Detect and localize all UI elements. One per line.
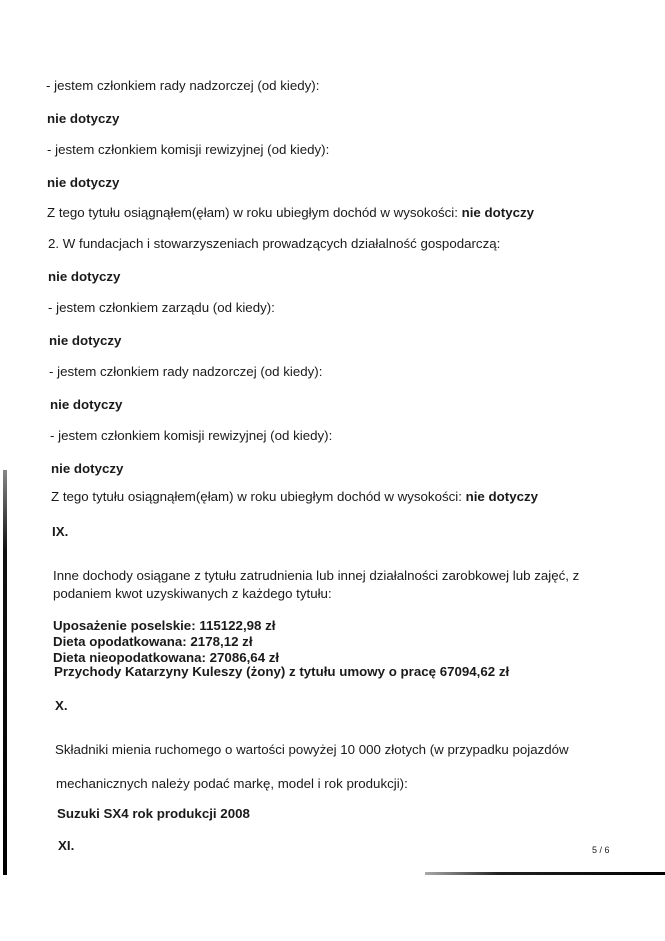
section-ix-description: Inne dochody osiągane z tytułu zatrudnie… — [53, 568, 579, 583]
section-x-description: mechanicznych należy podać markę, model … — [56, 776, 408, 791]
answer-line: nie dotyczy — [49, 333, 121, 348]
income-line: Z tego tytułu osiągnąłem(ęłam) w roku ub… — [51, 489, 538, 504]
section-xi-heading: XI. — [58, 838, 74, 853]
section-ix-description: podaniem kwot uzyskiwanych z każdego tyt… — [53, 586, 332, 601]
vehicle-value: Suzuki SX4 rok produkcji 2008 — [57, 806, 250, 821]
section-x-description: Składniki mienia ruchomego o wartości po… — [55, 742, 569, 757]
income-label: Z tego tytułu osiągnąłem(ęłam) w roku ub… — [47, 205, 462, 220]
text-line: - jestem członkiem komisji rewizyjnej (o… — [50, 428, 332, 443]
answer-line: nie dotyczy — [47, 111, 119, 126]
section-x-heading: X. — [55, 698, 68, 713]
scan-edge-left — [3, 470, 7, 875]
income-item: Uposażenie poselskie: 115122,98 zł — [53, 618, 275, 633]
text-line: - jestem członkiem rady nadzorczej (od k… — [49, 364, 322, 379]
income-item: Dieta opodatkowana: 2178,12 zł — [53, 634, 253, 649]
section-ix-heading: IX. — [52, 524, 68, 539]
text-line: - jestem członkiem komisji rewizyjnej (o… — [47, 142, 329, 157]
answer-line: nie dotyczy — [48, 269, 120, 284]
answer-line: nie dotyczy — [50, 397, 122, 412]
income-item: Przychody Katarzyny Kuleszy (żony) z tyt… — [54, 664, 509, 679]
text-line: - jestem członkiem rady nadzorczej (od k… — [46, 78, 319, 93]
income-value: nie dotyczy — [462, 205, 534, 220]
scan-edge-bottom — [425, 872, 665, 875]
income-value: nie dotyczy — [466, 489, 538, 504]
section-2-title: 2. W fundacjach i stowarzyszeniach prowa… — [48, 236, 500, 251]
income-line: Z tego tytułu osiągnąłem(ęłam) w roku ub… — [47, 205, 534, 220]
income-item: Dieta nieopodatkowana: 27086,64 zł — [53, 650, 279, 665]
page-number: 5 / 6 — [592, 845, 610, 855]
income-label: Z tego tytułu osiągnąłem(ęłam) w roku ub… — [51, 489, 466, 504]
answer-line: nie dotyczy — [51, 461, 123, 476]
answer-line: nie dotyczy — [47, 175, 119, 190]
text-line: - jestem członkiem zarządu (od kiedy): — [48, 300, 275, 315]
